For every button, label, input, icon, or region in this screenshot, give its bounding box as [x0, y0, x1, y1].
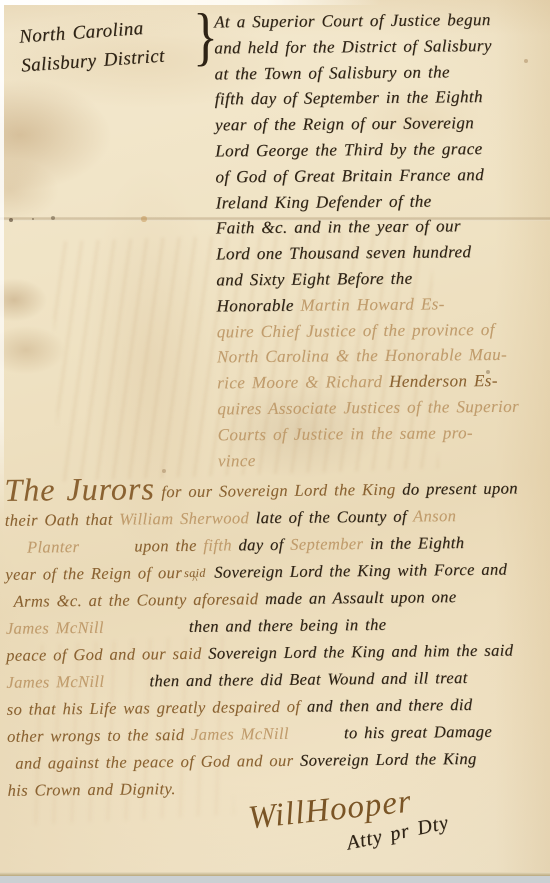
caption-line: at the Town of Salisbury on the	[214, 58, 544, 87]
body-segment: Sovereign Lord the King and him the said	[208, 641, 513, 663]
caption-line: quires Associate Justices of the Superio…	[217, 394, 547, 423]
indictment-line: The Jurors for our Sovereign Lord the Ki…	[4, 471, 544, 507]
caption-line: Ireland King Defender of the	[216, 187, 546, 216]
caption-line: and Sixty Eight Before the	[216, 265, 546, 294]
body-segment: peace of God and our said	[6, 644, 208, 665]
caption-line: year of the Reign of our Sovereign	[215, 110, 545, 139]
scanner-background-strip	[0, 876, 550, 883]
body-segment: for our Sovereign Lord the King	[155, 480, 403, 502]
indictment-body: The Jurors for our Sovereign Lord the Ki…	[4, 471, 547, 804]
body-segment: Planter	[27, 537, 79, 557]
body-segment: to his great Damage	[344, 722, 492, 743]
victim-name: James McNill	[191, 724, 289, 744]
caption-line: and held for the District of Salisbury	[214, 32, 544, 61]
caption-segment: rice Moore & Richard	[217, 372, 389, 392]
body-segment: Sovereign Lord the King with Force and	[208, 560, 508, 582]
victim-name: James McNill	[6, 672, 104, 692]
caption-segment-judge-name: Henderson Es-	[389, 371, 498, 391]
body-segment: and then and there did	[307, 695, 473, 716]
caption-line: Lord one Thousand seven hundred	[216, 239, 546, 268]
body-segment: then and there did Beat Wound and ill tr…	[149, 668, 467, 690]
blank-gap	[289, 738, 344, 739]
scan-edge-top	[0, 0, 380, 5]
body-segment: so that his Life was greatly despaired o…	[7, 697, 307, 719]
county-name: Anson	[413, 506, 456, 525]
court-caption: At a Superior Court of Justice begun and…	[214, 7, 548, 474]
caption-segment-judge-name: Martin Howard Es-	[300, 294, 444, 314]
body-segment: and against the peace of God and our	[15, 751, 300, 773]
body-segment: do present upon	[402, 478, 518, 498]
caption-segment: Honorable	[216, 295, 300, 315]
body-segment: their Oath that	[5, 510, 120, 530]
body-segment: his Crown and Dignity.	[7, 779, 175, 800]
indictment-line: and against the peace of God and our Sov…	[15, 744, 547, 777]
body-segment: upon the	[134, 536, 203, 556]
body-segment: late of the County of	[249, 507, 413, 528]
body-segment: in the Eighth	[363, 533, 464, 553]
caption-line: rice Moore & Richard Henderson Es-	[217, 368, 547, 397]
caption-line: vince	[218, 445, 548, 474]
caption-line: North Carolina & the Honorable Mau-	[217, 342, 547, 371]
body-segment: made an Assault upon one	[265, 587, 457, 608]
victim-name: James McNill	[6, 618, 104, 638]
scan-edge-left	[0, 0, 4, 520]
body-segment: other wrongs to the said	[7, 725, 191, 746]
opening-words: The Jurors	[4, 470, 155, 508]
scanned-document-page: North Carolina Salisbury District } At a…	[0, 0, 550, 883]
body-segment: Arms &c. at the County aforesaid	[14, 589, 266, 611]
blank-gap	[104, 632, 189, 633]
body-segment: fifth	[203, 535, 238, 554]
caption-line: Faith &c. and in the year of our	[216, 213, 546, 242]
caption-line: At a Superior Court of Justice begun	[214, 7, 544, 36]
caption-line: Honorable Martin Howard Es-	[216, 290, 546, 319]
indictment-line: year of the Reign of oursaid^ Sovereign …	[5, 555, 545, 588]
body-segment: year of the Reign of our	[5, 563, 182, 584]
caption-line: Lord George the Third by the grace	[215, 136, 545, 165]
caption-line: fifth day of September in the Eighth	[215, 84, 545, 113]
body-segment: day of	[238, 535, 290, 555]
caption-line: of God of Great Britain France and	[215, 161, 545, 190]
interlined-insertion: said^	[184, 569, 206, 585]
caption-line: quire Chief Justice of the province of	[217, 316, 547, 345]
month-name: September	[290, 534, 363, 554]
blank-gap	[79, 551, 134, 552]
caption-line: Courts of Justice in the same pro-	[218, 419, 548, 448]
body-segment: then and there being in the	[189, 615, 387, 636]
body-segment: Sovereign Lord the King	[300, 749, 477, 770]
defendant-name: William Sherwood	[119, 508, 249, 528]
